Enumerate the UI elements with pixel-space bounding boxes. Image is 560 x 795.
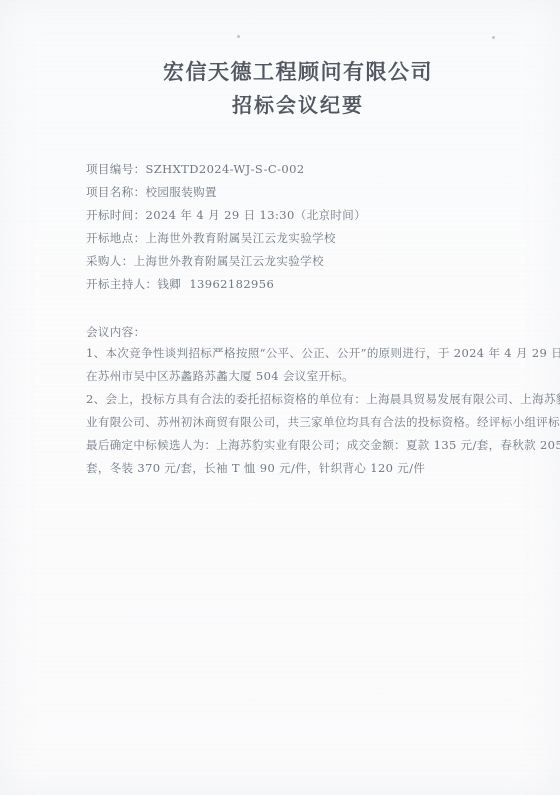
document-title-block: 宏信天德工程顾问有限公司 招标会议纪要	[86, 56, 510, 120]
paragraph-1-line-1: 1、本次竞争性谈判招标严格按照“公平、公正、公开”的原则进行，于 2024 年 …	[86, 342, 526, 365]
meta-row-purchaser: 采购人：上海世外教育附属吴江云龙实验学校	[86, 250, 526, 273]
project-number-label: 项目编号：	[86, 162, 146, 176]
scanned-document-page: 宏信天德工程顾问有限公司 招标会议纪要 项目编号：SZHXTD2024-WJ-S…	[0, 0, 560, 795]
paragraph-1-line-2: 在苏州市吴中区苏蠡路苏蠡大厦 504 会议室开标。	[86, 365, 526, 388]
bid-opening-place-label: 开标地点：	[86, 231, 146, 245]
host-value: 钱卿 13962182956	[157, 277, 274, 291]
paragraph-2-line-2: 业有限公司、苏州初沐商贸有限公司，共三家单位均具有合法的投标资格。经评标小组评标…	[86, 411, 526, 434]
project-meta-block: 项目编号：SZHXTD2024-WJ-S-C-002 项目名称：校园服装购置 开…	[86, 158, 526, 296]
bid-opening-time-value: 2024 年 4 月 29 日 13:30（北京时间）	[146, 208, 367, 222]
meta-row-host: 开标主持人：钱卿 13962182956	[86, 273, 526, 296]
company-name-title: 宏信天德工程顾问有限公司	[86, 56, 510, 88]
meta-row-project-name: 项目名称：校园服装购置	[86, 181, 526, 204]
meta-row-bid-opening-time: 开标时间：2024 年 4 月 29 日 13:30（北京时间）	[86, 204, 526, 227]
meeting-content-heading: 会议内容：	[86, 325, 146, 339]
project-name-label: 项目名称：	[86, 185, 146, 199]
meta-row-project-number: 项目编号：SZHXTD2024-WJ-S-C-002	[86, 158, 526, 181]
project-name-value: 校园服装购置	[146, 185, 217, 199]
paragraph-2-line-1: 2、会上，投标方具有合法的委托招标资格的单位有：上海晨具贸易发展有限公司、上海苏…	[86, 388, 526, 411]
scan-artifact-speck	[237, 35, 240, 38]
paragraph-1: 1、本次竞争性谈判招标严格按照“公平、公正、公开”的原则进行，于 2024 年 …	[86, 342, 526, 388]
bid-opening-time-label: 开标时间：	[86, 208, 146, 222]
purchaser-label: 采购人：	[86, 254, 134, 268]
paragraph-2-line-3: 最后确定中标候选人为：上海苏豹实业有限公司；成交金额：夏款 135 元/套，春秋…	[86, 434, 526, 457]
bid-opening-place-value: 上海世外教育附属吴江云龙实验学校	[146, 231, 336, 245]
scan-artifact-speck	[492, 36, 495, 39]
document-subtitle: 招标会议纪要	[86, 90, 510, 120]
host-label: 开标主持人：	[86, 277, 157, 291]
meta-row-bid-opening-place: 开标地点：上海世外教育附属吴江云龙实验学校	[86, 227, 526, 250]
project-number-value: SZHXTD2024-WJ-S-C-002	[146, 162, 305, 176]
paragraph-2-line-4: 套，冬装 370 元/套，长袖 T 恤 90 元/件，针织背心 120 元/件	[86, 457, 526, 480]
paragraph-2: 2、会上，投标方具有合法的委托招标资格的单位有：上海晨具贸易发展有限公司、上海苏…	[86, 388, 526, 480]
purchaser-value: 上海世外教育附属吴江云龙实验学校	[134, 254, 324, 268]
